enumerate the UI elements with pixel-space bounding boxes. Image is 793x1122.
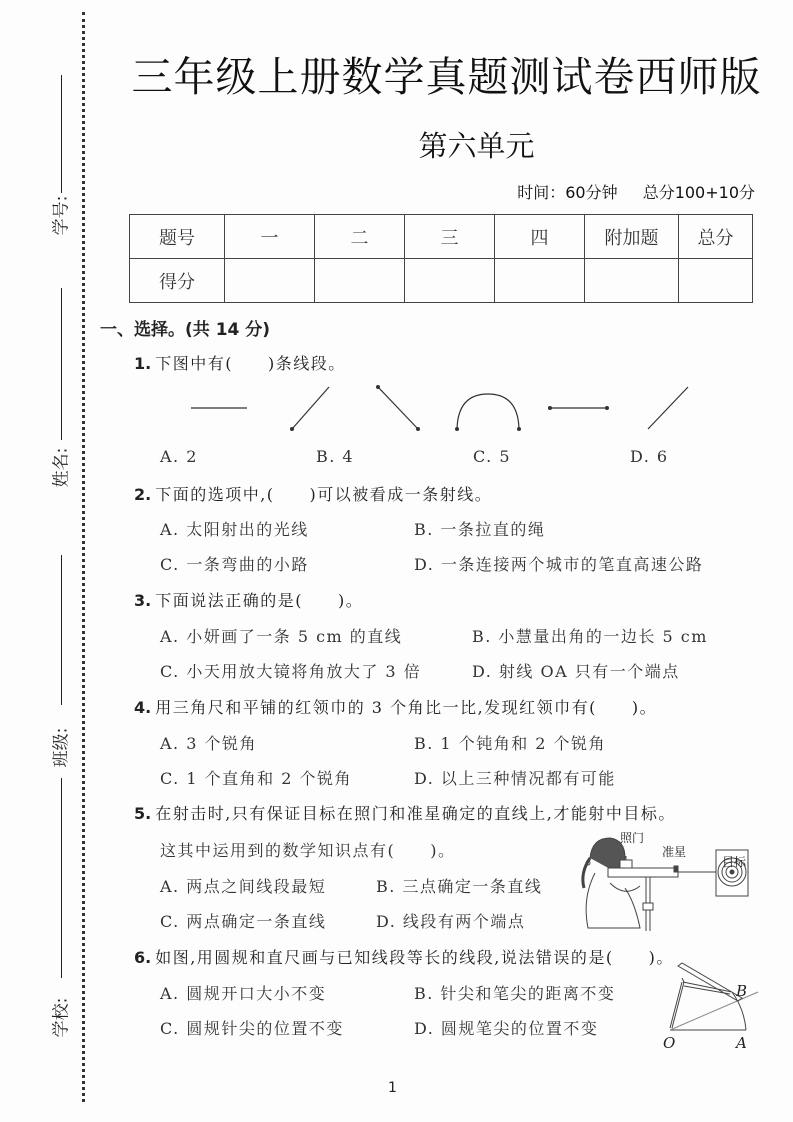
q6-option-b[interactable]: B. 针尖和笔尖的距离不变 [414, 981, 615, 1004]
question-text: 用三角尺和平铺的红领巾的 3 个角比一比,发现红领巾有( )。 [155, 698, 657, 717]
question-text: 下面的选项中,( )可以被看成一条射线。 [155, 485, 492, 504]
point-b-label: B [735, 982, 747, 1000]
q2-option-c[interactable]: C. 一条弯曲的小路 [160, 552, 309, 575]
question-number: 5. [134, 804, 151, 823]
shooting-illustration: 照门 准星 目标 [570, 828, 750, 933]
q4-option-a[interactable]: A. 3 个锐角 [160, 731, 257, 754]
q6-option-a[interactable]: A. 圆规开口大小不变 [160, 981, 326, 1004]
q4-option-c[interactable]: C. 1 个直角和 2 个锐角 [160, 766, 352, 789]
question-number: 6. [134, 948, 151, 967]
q2-option-d[interactable]: D. 一条连接两个城市的笔直高速公路 [414, 552, 703, 575]
question-5: 5.在射击时,只有保证目标在照门和准星确定的直线上,才能射中目标。 [134, 801, 676, 824]
compass-diagram: B O A [650, 960, 780, 1060]
q1-option-c[interactable]: C. 5 [473, 447, 511, 466]
q2-option-a[interactable]: A. 太阳射出的光线 [160, 517, 309, 540]
question-number: 2. [134, 485, 151, 504]
q5-option-b[interactable]: B. 三点确定一条直线 [376, 874, 542, 897]
q5-text-line-2: 这其中运用到的数学知识点有( )。 [160, 838, 456, 861]
front-sight-label: 准星 [662, 844, 686, 859]
q3-option-d[interactable]: D. 射线 OA 只有一个端点 [472, 659, 680, 682]
question-2: 2.下面的选项中,( )可以被看成一条射线。 [134, 482, 492, 505]
question-6: 6.如图,用圆规和直尺画与已知线段等长的线段,说法错误的是( )。 [134, 945, 674, 968]
q5-option-d[interactable]: D. 线段有两个端点 [376, 909, 525, 932]
rear-sight-label: 照门 [620, 830, 644, 845]
q3-option-c[interactable]: C. 小天用放大镜将角放大了 3 倍 [160, 659, 421, 682]
question-3: 3.下面说法正确的是( )。 [134, 588, 363, 611]
q5-option-c[interactable]: C. 两点确定一条直线 [160, 909, 326, 932]
q6-option-d[interactable]: D. 圆规笔尖的位置不变 [414, 1016, 598, 1039]
question-number: 3. [134, 591, 151, 610]
target-label: 目标 [722, 854, 747, 869]
q5-option-a[interactable]: A. 两点之间线段最短 [160, 874, 326, 897]
q6-option-c[interactable]: C. 圆规针尖的位置不变 [160, 1016, 344, 1039]
question-text: 在射击时,只有保证目标在照门和准星确定的直线上,才能射中目标。 [155, 804, 676, 823]
question-text: 如图,用圆规和直尺画与已知线段等长的线段,说法错误的是( )。 [155, 948, 674, 967]
q1-option-a[interactable]: A. 2 [160, 447, 198, 466]
question-text: 下面说法正确的是( )。 [155, 591, 363, 610]
question-4: 4.用三角尺和平铺的红领巾的 3 个角比一比,发现红领巾有( )。 [134, 695, 657, 718]
point-a-label: A [734, 1034, 747, 1052]
page-number: 1 [388, 1080, 397, 1096]
q3-option-a[interactable]: A. 小妍画了一条 5 cm 的直线 [160, 624, 402, 647]
point-o-label: O [663, 1034, 675, 1052]
question-number: 4. [134, 698, 151, 717]
q1-option-b[interactable]: B. 4 [316, 447, 354, 466]
q4-option-d[interactable]: D. 以上三种情况都有可能 [414, 766, 616, 789]
q1-option-d[interactable]: D. 6 [630, 447, 669, 466]
q3-option-b[interactable]: B. 小慧量出角的一边长 5 cm [472, 624, 708, 647]
q4-option-b[interactable]: B. 1 个钝角和 2 个锐角 [414, 731, 606, 754]
q2-option-b[interactable]: B. 一条拉直的绳 [414, 517, 545, 540]
